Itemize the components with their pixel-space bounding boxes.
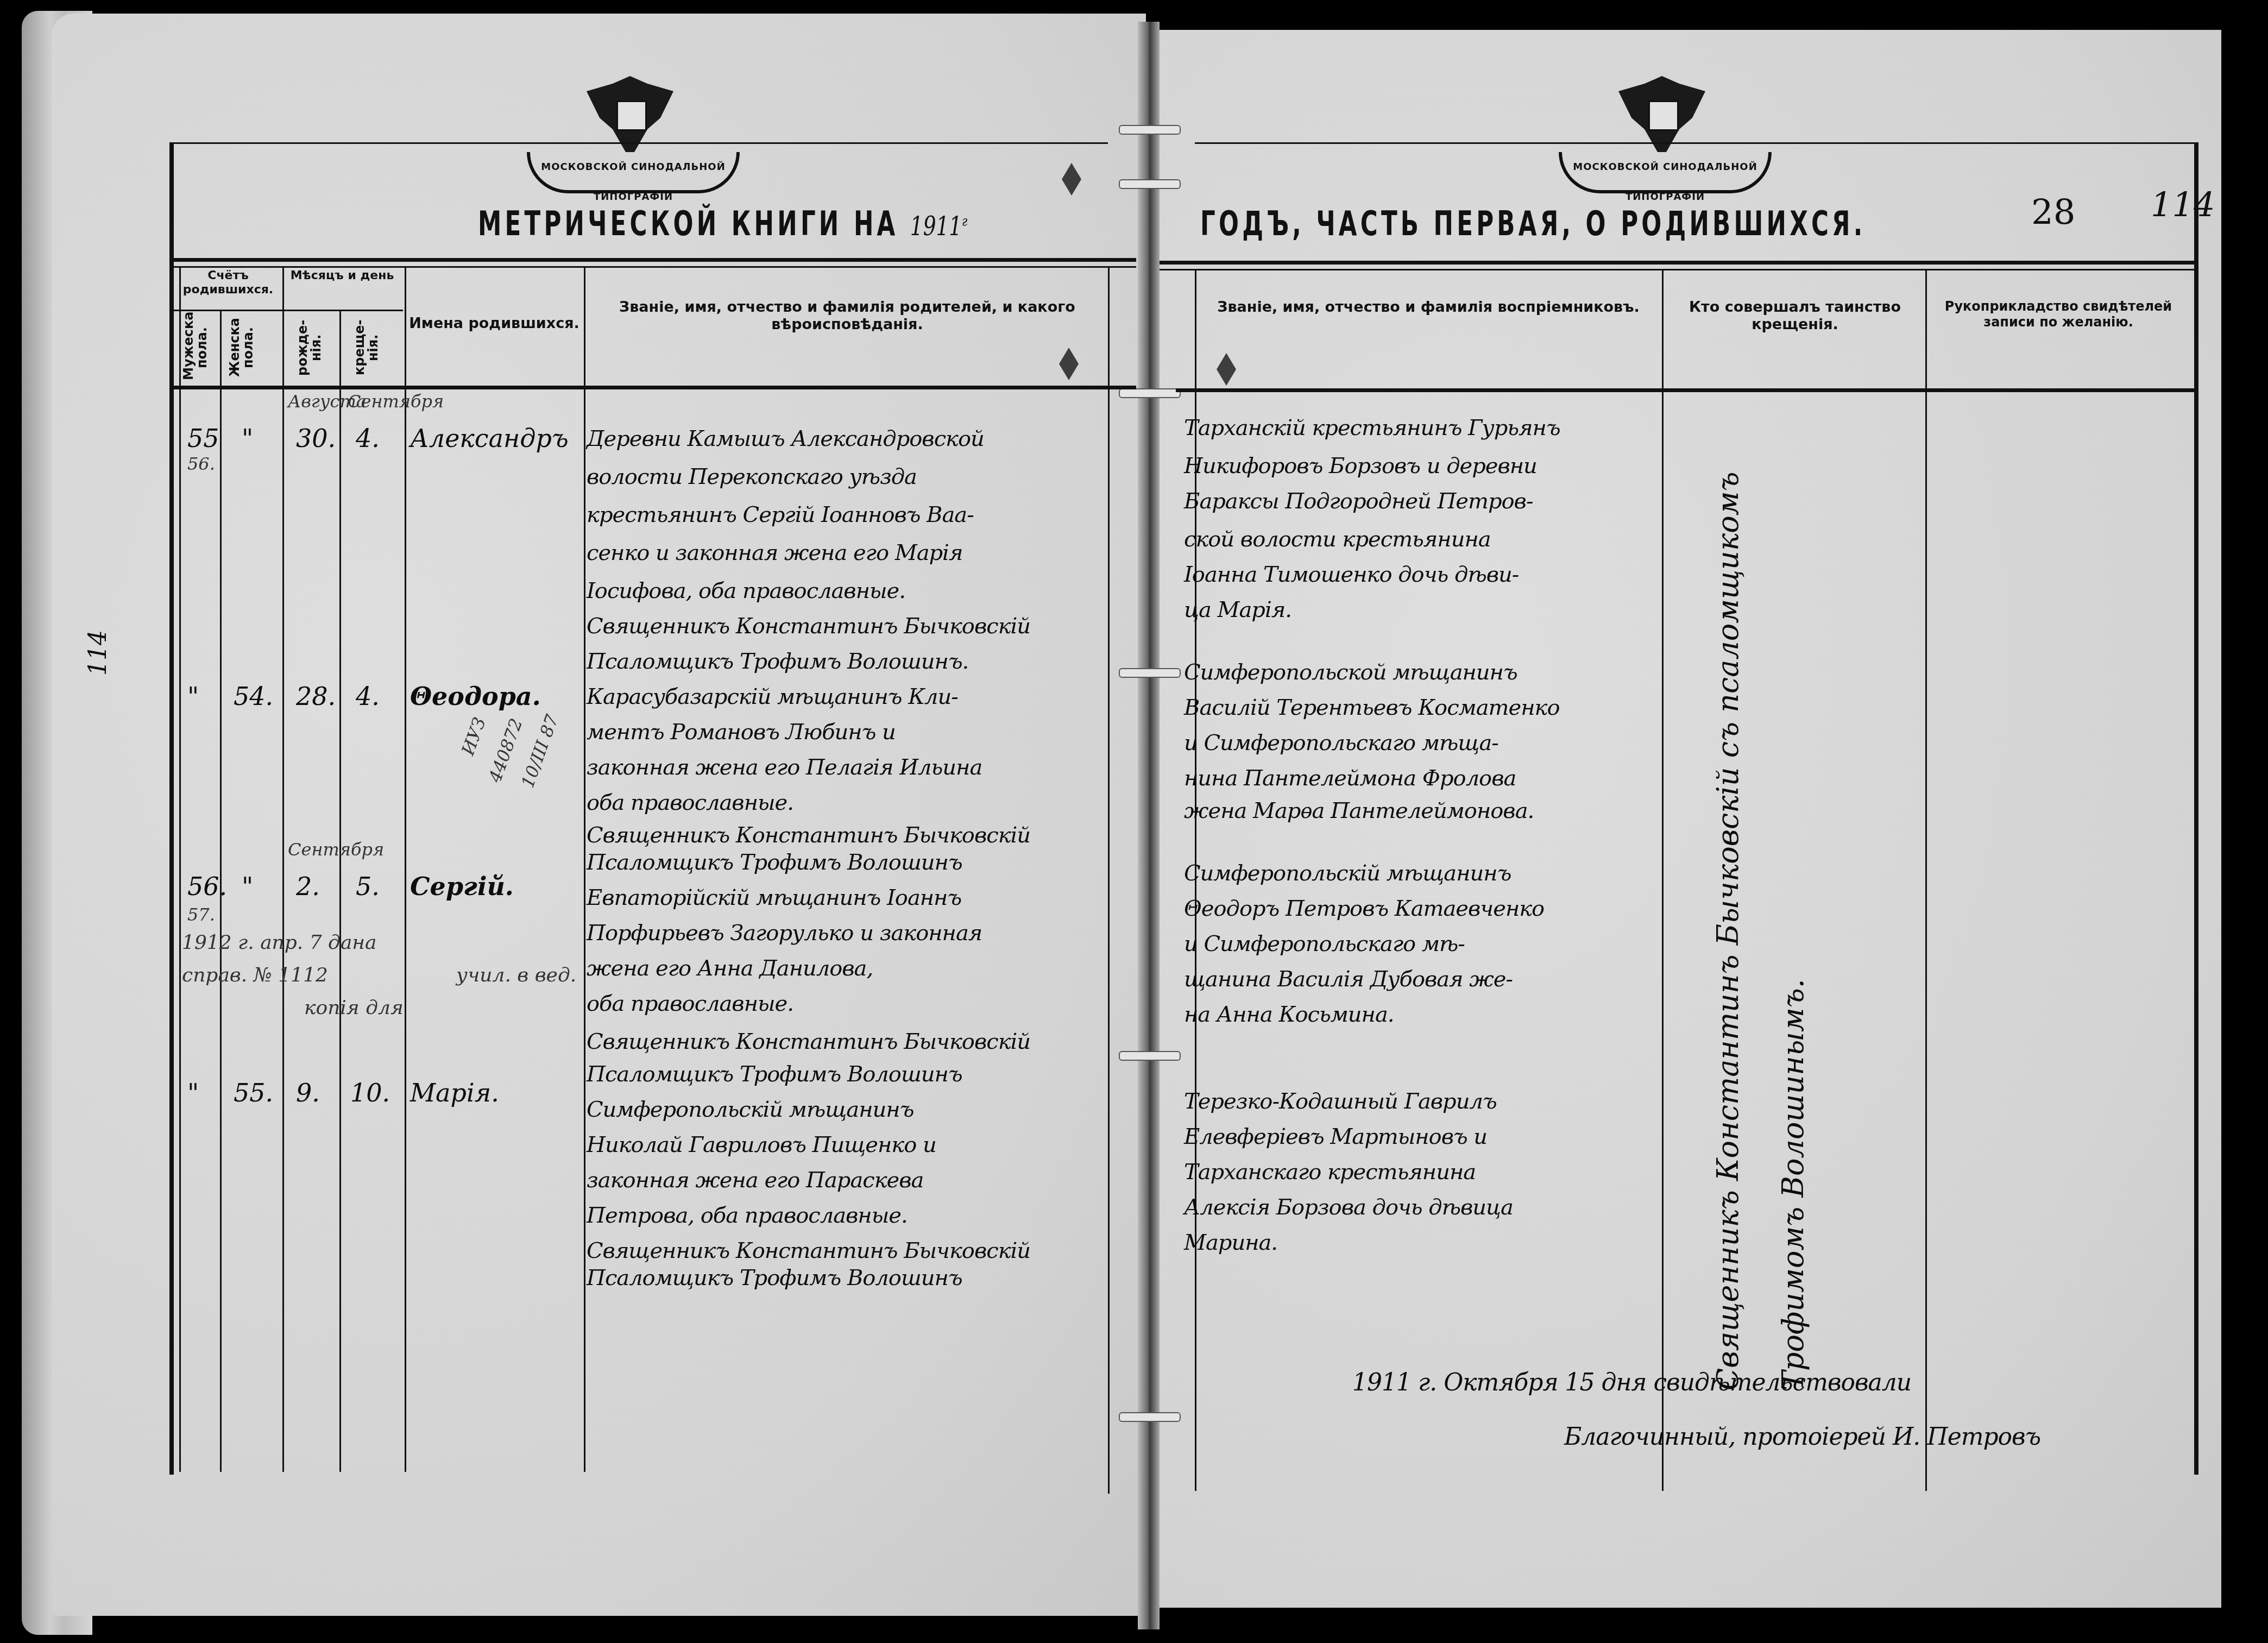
baptism-month-annotation: Сентября — [348, 391, 444, 412]
binding-tie — [1119, 1412, 1181, 1422]
parents-line: оба православные. — [587, 991, 793, 1016]
female-count: 55. — [234, 1078, 273, 1107]
child-name: Сергій. — [410, 872, 514, 901]
psalmist-signature: Псаломщикъ Трофимъ Волошинъ — [587, 850, 962, 875]
margin-note: 1912 г. апр. 7 дана — [182, 931, 377, 954]
header-count-group: Счётъ родившихся. — [177, 269, 280, 298]
header-rule-bottom — [1176, 388, 2194, 392]
child-name: Александръ — [410, 424, 569, 453]
footer-signature: Благочинный, протоіерей И. Петровъ — [1564, 1423, 2040, 1451]
crest-shield-icon — [616, 100, 647, 131]
godparents-line: Іоанна Тимошенко дочь дѣви- — [1184, 562, 1519, 587]
book-spine — [1138, 22, 1160, 1629]
parents-line: Іосифова, оба православные. — [587, 578, 905, 603]
col-divider — [1662, 269, 1664, 1491]
godparents-line: на Анна Косьмина. — [1184, 1002, 1394, 1027]
female-count: " — [242, 424, 253, 453]
parents-line: законная жена его Пелагія Ильина — [587, 755, 982, 780]
crest-shield-icon — [1648, 100, 1679, 131]
godparents-line: Василій Терентьевъ Косматенко — [1184, 695, 1560, 720]
birth-month-annotation: Сентября — [288, 839, 384, 860]
col-divider — [282, 266, 284, 1472]
female-count: 54. — [234, 682, 273, 711]
male-count: " — [187, 682, 199, 711]
godparents-line: и Симферопольскаго мѣ- — [1184, 931, 1465, 956]
header-count-male: Мужеска пола. — [182, 315, 215, 380]
godparents-line: Тарханскій крестьянинъ Гурьянъ — [1184, 416, 1560, 440]
godparents-line: ца Марія. — [1184, 597, 1291, 622]
godparents-line: Елевферіевъ Мартыновъ и — [1184, 1124, 1487, 1149]
header-rule-top-thin — [1160, 269, 2194, 270]
baptism-day: 10. — [350, 1078, 390, 1107]
header-rule-top-thin — [169, 266, 1136, 268]
godparents-line: Симферопольской мѣщанинъ — [1184, 660, 1517, 685]
header-godparents: Званіе, имя, отчество и фамилія воспріем… — [1206, 299, 1651, 316]
priest-signature: Священникъ Константинъ Бычковскій — [587, 823, 1030, 848]
archive-number: 114 — [2151, 185, 2215, 224]
male-count: 56. — [187, 872, 227, 901]
baptism-day: 4. — [356, 424, 380, 453]
psalmist-signature: Псаломщикъ Трофимъ Волошинъ. — [587, 649, 968, 674]
col-divider — [1108, 266, 1110, 1494]
header-month-baptism: креще-нія. — [353, 315, 380, 380]
parents-line: волости Перекопскаго уѣзда — [587, 464, 917, 489]
col-divider — [584, 266, 585, 1472]
male-count: " — [187, 1078, 199, 1107]
parents-line: Петрова, оба православные. — [587, 1203, 908, 1228]
parents-line: Евпаторійскій мѣщанинъ Іоаннъ — [587, 885, 961, 910]
header-names: Имена родившихся. — [407, 315, 581, 332]
godparents-line: нина Пантелеймона Фролова — [1184, 766, 1516, 791]
binding-tie — [1119, 668, 1181, 678]
godparents-line: Никифоровъ Борзовъ и деревни — [1184, 454, 1537, 479]
binding-tie — [1119, 179, 1181, 189]
baptism-day: 5. — [356, 872, 380, 901]
parents-line: законная жена его Параскева — [587, 1168, 923, 1193]
birth-day: 28. — [296, 682, 336, 711]
godparents-line: Алексія Борзова дочь дѣвица — [1184, 1195, 1513, 1220]
title-left: МЕТРИЧЕСКОЙ КНИГИ НА 1911г — [478, 204, 967, 243]
male-count-corrected: 56. — [187, 454, 215, 474]
godparents-line: Бараксы Подгородней Петров- — [1184, 489, 1533, 514]
officiant-signature-line1: Священникъ Константинъ Бычковскій съ пса… — [1711, 641, 1745, 1390]
psalmist-signature: Псаломщикъ Трофимъ Волошинъ — [587, 1062, 962, 1087]
col-divider — [405, 266, 406, 1472]
female-count: " — [242, 872, 253, 901]
godparents-line: Симферопольскій мѣщанинъ — [1184, 861, 1511, 886]
parents-line: крестьянинъ Сергій Іоанновъ Ваа- — [587, 502, 974, 527]
subheader-rule — [169, 310, 403, 311]
header-month-birth: рожде-нія. — [296, 315, 323, 380]
baptism-day: 4. — [356, 682, 380, 711]
godparents-line: Терезко-Кодашный Гаврилъ — [1184, 1089, 1497, 1114]
priest-signature: Священникъ Константинъ Бычковскій — [587, 614, 1030, 639]
godparents-line: щанина Василія Дубовая же- — [1184, 967, 1513, 992]
parents-line: жена его Анна Данилова, — [587, 956, 873, 981]
title-year: 1911г — [910, 211, 968, 242]
parents-line: ментъ Романовъ Любинъ и — [587, 720, 896, 745]
parents-line: Деревни Камышъ Александровской — [587, 426, 984, 451]
priest-signature: Священникъ Константинъ Бычковскій — [587, 1238, 1030, 1263]
margin-note: копія для — [304, 997, 404, 1019]
birth-day: 30. — [296, 424, 336, 453]
male-count-corrected: 57. — [187, 904, 215, 925]
margin-note: справ. № 1112 — [182, 964, 328, 986]
footer-certification: 1911 г. Октября 15 дня свидѣтельствовали — [1352, 1369, 1911, 1396]
birth-day: 2. — [296, 872, 320, 901]
child-name: Марія. — [410, 1078, 499, 1107]
binding-tie — [1119, 1051, 1181, 1061]
godparents-line: и Симферопольскаго мѣща- — [1184, 731, 1498, 756]
binding-tie — [1119, 125, 1181, 135]
page-number: 28 — [2031, 193, 2075, 233]
child-name: Θеодора. — [410, 682, 541, 711]
col-divider — [339, 310, 341, 1472]
godparents-line: Марина. — [1184, 1230, 1277, 1255]
col-divider — [1925, 269, 1927, 1491]
godparents-line: жена Марѳа Пантелеймонова. — [1184, 798, 1534, 823]
parents-line: Николай Гавриловъ Пищенко и — [587, 1132, 936, 1157]
parents-line: Симферопольскій мѣщанинъ — [587, 1097, 913, 1122]
birth-day: 9. — [296, 1078, 320, 1107]
header-month-group: Мѣсяцъ и день — [285, 269, 399, 283]
col-divider — [179, 266, 181, 1472]
godparents-line: ской волости крестьянина — [1184, 527, 1491, 552]
margin-scribble: 114 — [84, 630, 112, 676]
parents-line: Порфирьевъ Загорулько и законная — [587, 921, 982, 946]
margin-note: учил. в вед. — [456, 964, 576, 986]
header-witnesses: Рукоприкладство свидѣтелей записи по жел… — [1931, 299, 2186, 330]
parents-line: сенко и законная жена его Марія — [587, 540, 962, 565]
header-rule-top — [1160, 261, 2194, 265]
title-left-text: МЕТРИЧЕСКОЙ КНИГИ НА — [478, 204, 898, 243]
header-rule-top — [169, 258, 1136, 262]
header-officiant: Кто совершалъ таинство крещенія. — [1670, 299, 1920, 334]
title-right: ГОДЪ, ЧАСТЬ ПЕРВАЯ, О РОДИВШИХСЯ. — [1200, 204, 1866, 243]
header-count-female: Женска пола. — [228, 315, 261, 380]
parents-line: оба православные. — [587, 790, 793, 815]
officiant-signature-line2: Трофимомъ Волошинымъ. — [1776, 668, 1810, 1390]
priest-signature: Священникъ Константинъ Бычковскій — [587, 1029, 1030, 1054]
male-count: 55 — [187, 424, 219, 453]
header-parents: Званіе, имя, отчество и фамилія родителе… — [592, 299, 1102, 334]
header-rule-bottom — [169, 386, 1136, 389]
binding-tie — [1119, 388, 1181, 398]
godparents-line: Тарханскаго крестьянина — [1184, 1160, 1476, 1185]
parents-line: Карасубазарскій мѣщанинъ Кли- — [587, 684, 958, 709]
psalmist-signature: Псаломщикъ Трофимъ Волошинъ — [587, 1266, 962, 1291]
godparents-line: Θеодоръ Петровъ Катаевченко — [1184, 896, 1544, 921]
